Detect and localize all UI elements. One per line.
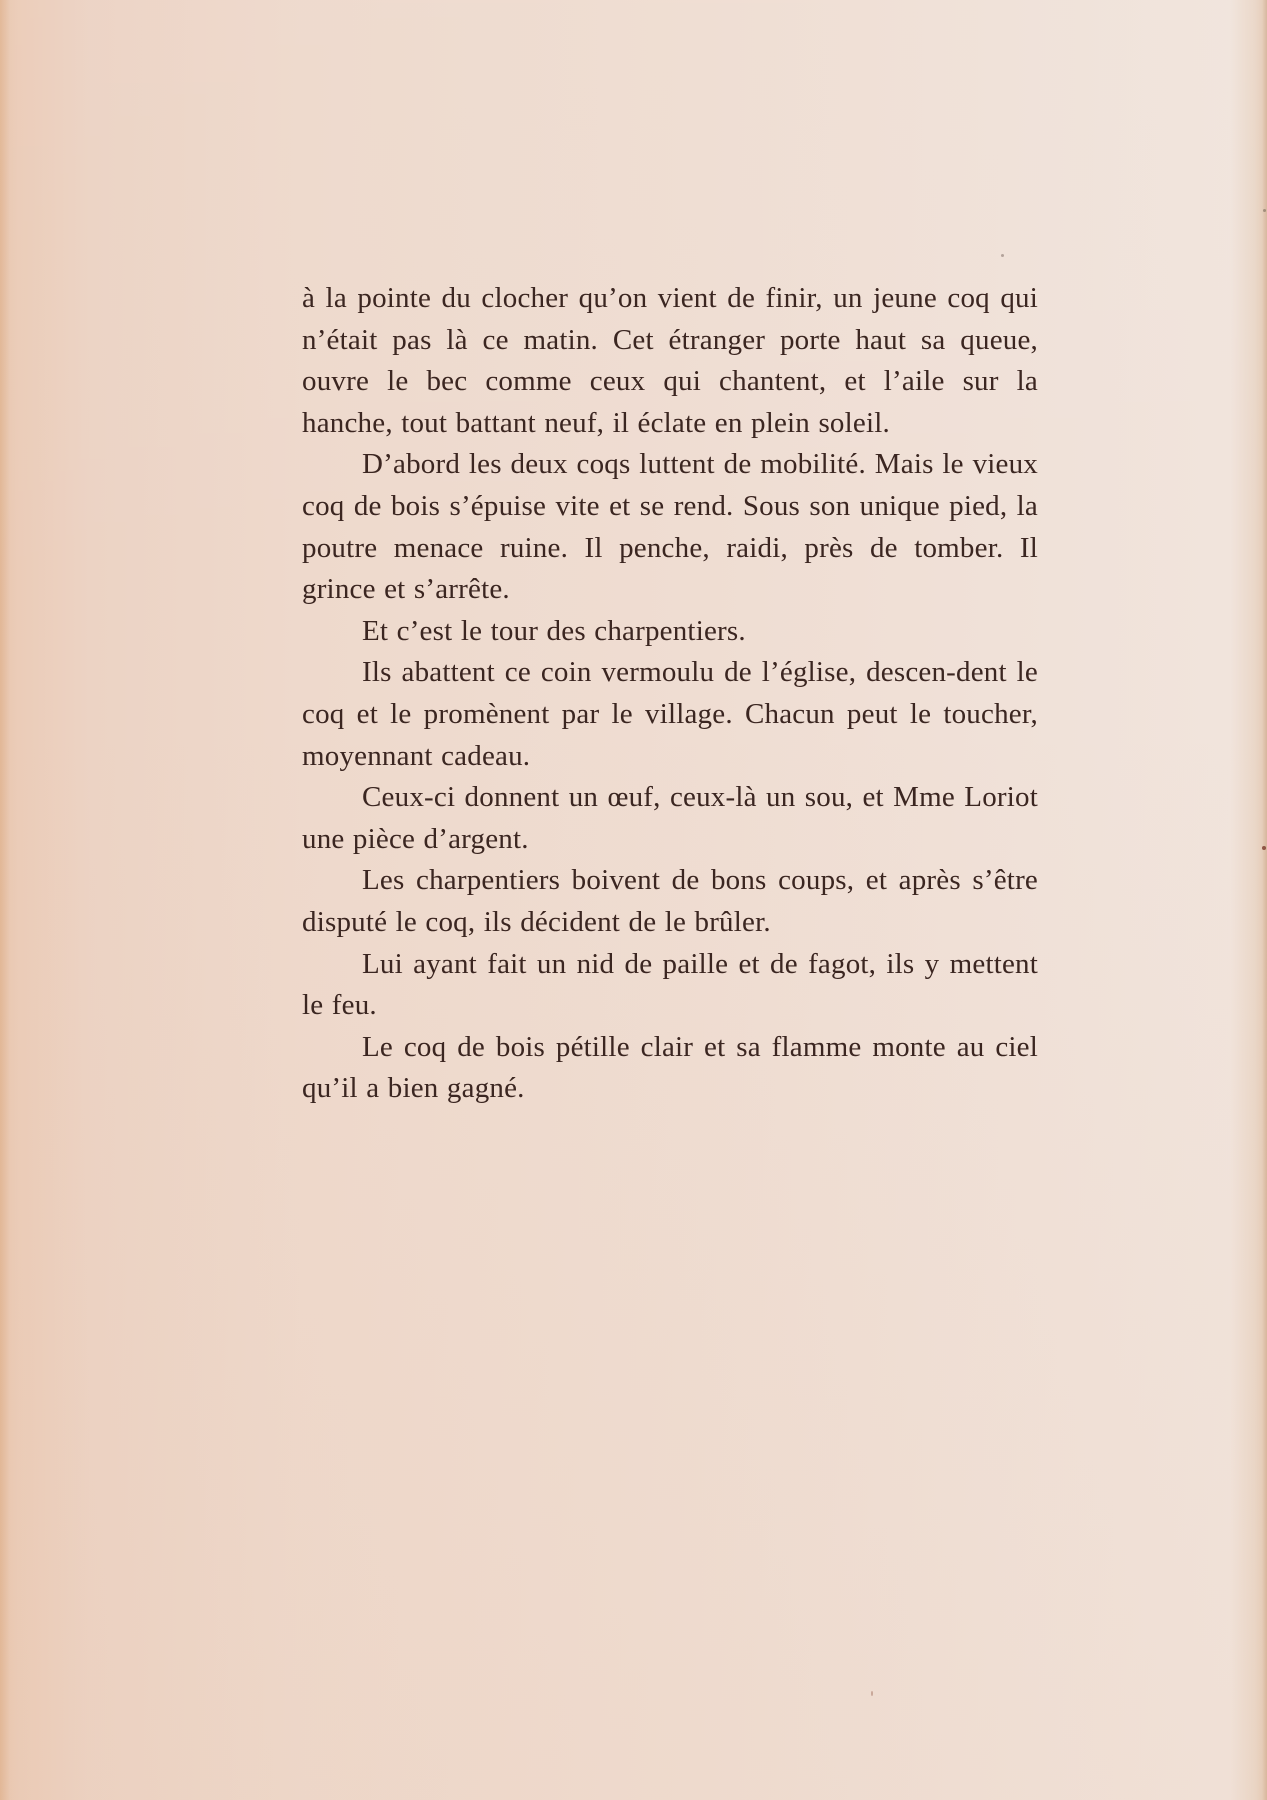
paragraph-donnent: Ceux-ci donnent un œuf, ceux-là un sou, …: [302, 777, 1038, 860]
paragraph-continuation: à la pointe du clocher qu’on vient de fi…: [302, 278, 1038, 444]
paragraph-tour-des-charpentiers: Et c’est le tour des charpentiers.: [302, 611, 1038, 653]
page-left-edge-shadow: [0, 0, 10, 1800]
paper-speck: [1262, 846, 1266, 850]
paragraph-abattent: Ils abattent ce coin vermoulu de l’églis…: [302, 652, 1038, 777]
paragraph-coqs-luttent: D’abord les deux coqs luttent de mobilit…: [302, 444, 1038, 610]
paragraph-boivent: Les charpentiers boivent de bons coups, …: [302, 860, 1038, 943]
page-right-edge-shadow: [1262, 0, 1267, 1800]
paper-speck: [1001, 254, 1004, 257]
paragraph-nid-de-paille: Lui ayant fait un nid de paille et de fa…: [302, 944, 1038, 1027]
paragraph-flamme: Le coq de bois pétille clair et sa flamm…: [302, 1027, 1038, 1110]
paper-speck: [871, 1691, 873, 1696]
paper-speck: [1263, 209, 1266, 212]
page-body-text: à la pointe du clocher qu’on vient de fi…: [302, 278, 1038, 1110]
